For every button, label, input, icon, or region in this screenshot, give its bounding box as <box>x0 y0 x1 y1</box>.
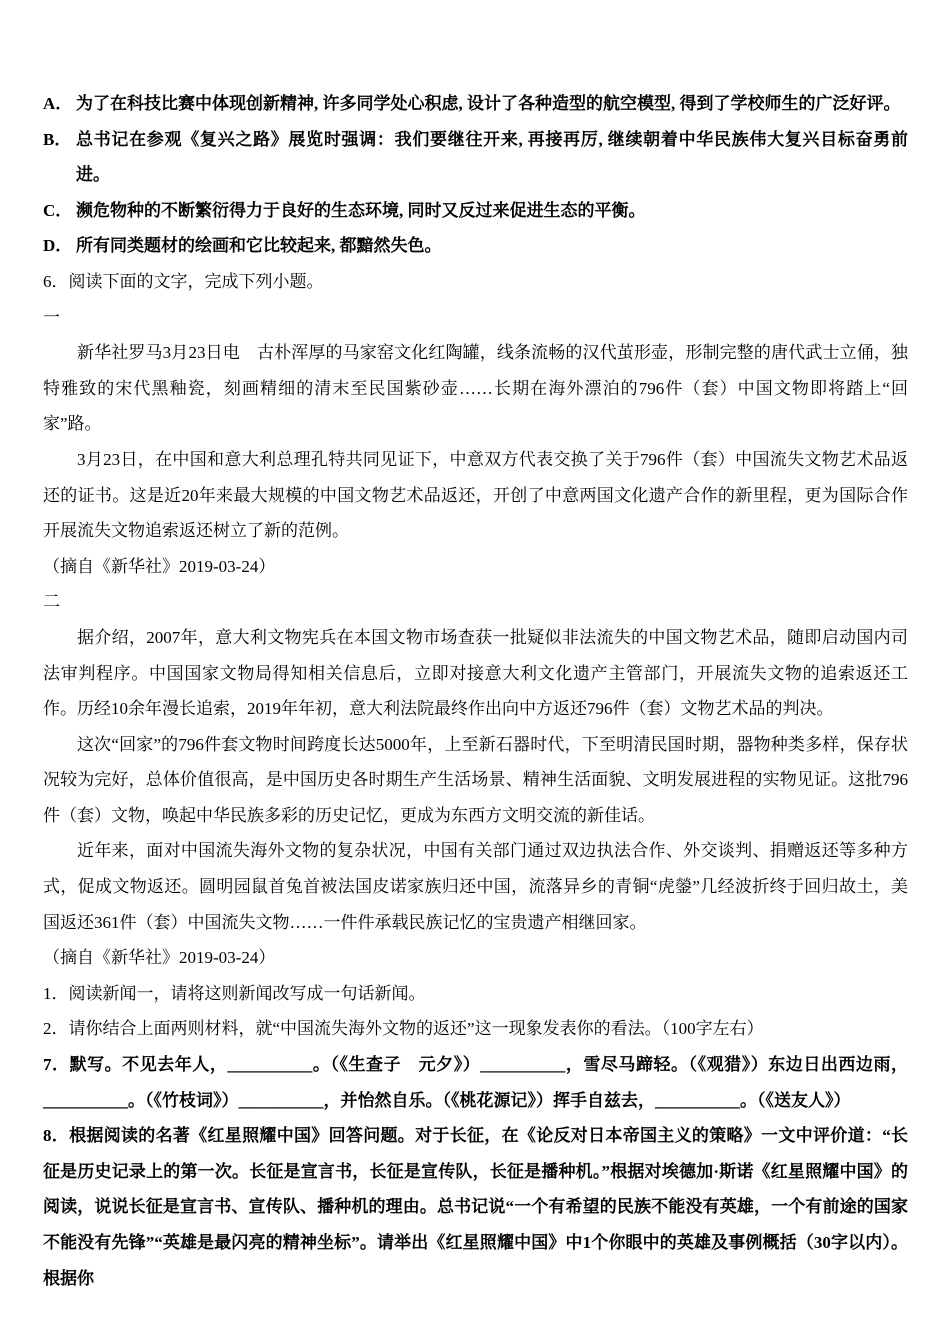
option-a-text: 为了在科技比赛中体现创新精神, 许多同学处心积虑, 设计了各种造型的航空模型, … <box>76 86 908 122</box>
option-a-label: A． <box>43 86 76 122</box>
exam-content: A． 为了在科技比赛中体现创新精神, 许多同学处心积虑, 设计了各种造型的航空模… <box>0 0 950 1296</box>
question-6-prompt: 6．阅读下面的文字，完成下列小题。 <box>43 264 908 300</box>
article-one-paragraph-2: 3月23日，在中国和意大利总理孔特共同见证下，中意双方代表交换了关于796件（套… <box>43 442 908 549</box>
option-b: B． 总书记在参观《复兴之路》展览时强调：我们要继往开来, 再接再厉, 继续朝着… <box>43 122 908 193</box>
option-d-label: D． <box>43 228 76 264</box>
article-two-paragraph-2: 这次“回家”的796件套文物时间跨度长达5000年，上至新石器时代，下至明清民国… <box>43 727 908 834</box>
option-d: D． 所有同类题材的绘画和它比较起来, 都黯然失色。 <box>43 228 908 264</box>
option-b-label: B． <box>43 122 76 193</box>
option-c-label: C． <box>43 193 76 229</box>
question-5-options: A． 为了在科技比赛中体现创新精神, 许多同学处心积虑, 设计了各种造型的航空模… <box>43 86 908 264</box>
article-two-source: （摘自《新华社》2019-03-24） <box>43 940 908 976</box>
option-c: C． 濒危物种的不断繁衍得力于良好的生态环境, 同时又反过来促进生态的平衡。 <box>43 193 908 229</box>
article-two-paragraph-3: 近年来，面对中国流失海外文物的复杂状况，中国有关部门通过双边执法合作、外交谈判、… <box>43 833 908 940</box>
option-a: A． 为了在科技比赛中体现创新精神, 许多同学处心积虑, 设计了各种造型的航空模… <box>43 86 908 122</box>
article-one-source: （摘自《新华社》2019-03-24） <box>43 549 908 585</box>
question-8: 8．根据阅读的名著《红星照耀中国》回答问题。对于长征，在《论反对日本帝国主义的策… <box>43 1118 908 1296</box>
article-one-paragraph-1: 新华社罗马3月23日电 古朴浑厚的马家窑文化红陶罐，线条流畅的汉代茧形壶，形制完… <box>43 335 908 442</box>
option-c-text: 濒危物种的不断繁衍得力于良好的生态环境, 同时又反过来促进生态的平衡。 <box>76 193 908 229</box>
question-7: 7．默写。不见去年人，__________。（《生查子 元夕》）________… <box>43 1047 908 1118</box>
option-d-text: 所有同类题材的绘画和它比较起来, 都黯然失色。 <box>76 228 908 264</box>
article-two-paragraph-1: 据介绍，2007年，意大利文物宪兵在本国文物市场查获一批疑似非法流失的中国文物艺… <box>43 620 908 727</box>
sub-question-1: 1．阅读新闻一，请将这则新闻改写成一句话新闻。 <box>43 976 908 1012</box>
article-two-marker: 二 <box>43 584 908 620</box>
article-one-marker: 一 <box>43 300 908 336</box>
option-b-text: 总书记在参观《复兴之路》展览时强调：我们要继往开来, 再接再厉, 继续朝着中华民… <box>76 122 908 193</box>
exam-page: A． 为了在科技比赛中体现创新精神, 许多同学处心积虑, 设计了各种造型的航空模… <box>0 0 950 1344</box>
sub-question-2: 2．请你结合上面两则材料，就“中国流失海外文物的返还”这一现象发表你的看法。（1… <box>43 1011 908 1047</box>
